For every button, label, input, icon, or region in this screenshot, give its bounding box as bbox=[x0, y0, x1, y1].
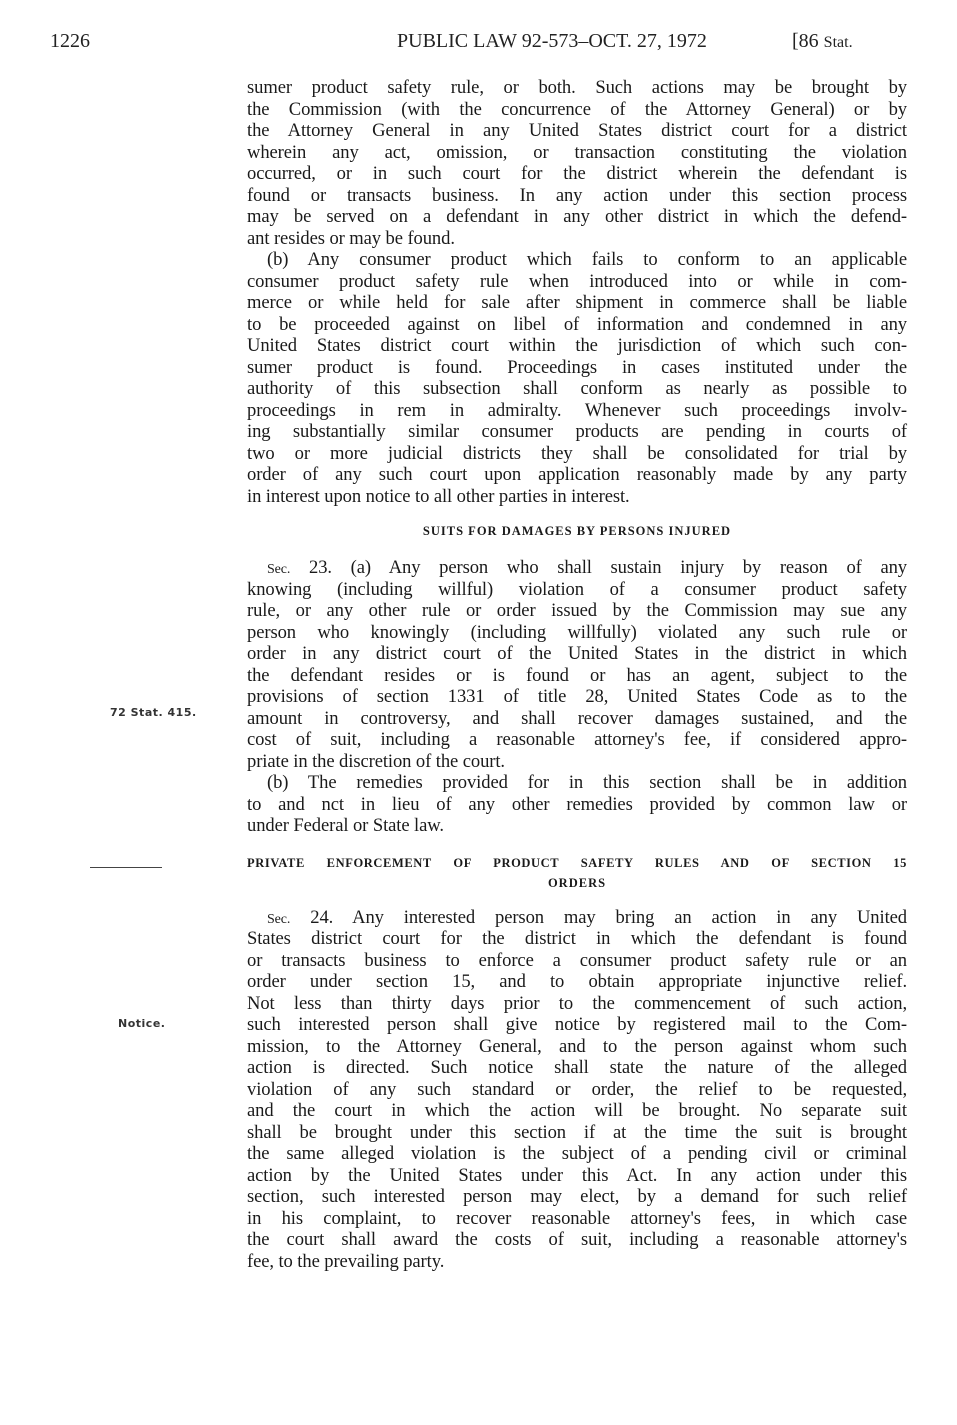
statute-volume: [86 bbox=[792, 30, 824, 52]
text-line: in his complaint, to recover reasonable … bbox=[247, 1208, 907, 1230]
text-line: the defendant resides or is found or has… bbox=[247, 665, 907, 687]
text-line: action by the United States under this A… bbox=[247, 1165, 907, 1187]
text-line: sumer product is found. Proceedings in c… bbox=[247, 357, 907, 379]
text-line: ing substantially similar consumer produ… bbox=[247, 421, 907, 443]
text-line: violation of any such standard or order,… bbox=[247, 1079, 907, 1101]
text-line: found or transacts business. In any acti… bbox=[247, 185, 907, 207]
margin-note-notice: Notice. bbox=[118, 1017, 165, 1030]
text-line: shall be brought under this section if a… bbox=[247, 1122, 907, 1144]
text-line: States district court for the district i… bbox=[247, 928, 907, 950]
text-span: 24. Any interested person may bring an a… bbox=[290, 907, 907, 928]
margin-divider bbox=[90, 867, 162, 868]
body-text: sumer product safety rule, or both. Such… bbox=[247, 77, 907, 1272]
text-line: cost of suit, including a reasonable att… bbox=[247, 729, 907, 751]
text-line: occurred, or in such court for the distr… bbox=[247, 163, 907, 185]
text-line: may be served on a defendant in any othe… bbox=[247, 206, 907, 228]
text-line: (b) The remedies provided for in this se… bbox=[247, 772, 907, 794]
text-line: or transacts business to enforce a consu… bbox=[247, 950, 907, 972]
sec-label: Sec. bbox=[267, 912, 290, 927]
text-line: the same alleged violation is the subjec… bbox=[247, 1143, 907, 1165]
text-line: action is directed. Such notice shall st… bbox=[247, 1057, 907, 1079]
text-line: the Commission (with the concurrence of … bbox=[247, 99, 907, 121]
subsection-b-paragraph: (b) Any consumer product which fails to … bbox=[247, 249, 907, 507]
sec-24-paragraph: Sec. 24. Any interested person may bring… bbox=[247, 907, 907, 1273]
text-line: Not less than thirty days prior to the c… bbox=[247, 993, 907, 1015]
text-line: wherein any act, omission, or transactio… bbox=[247, 142, 907, 164]
text-line: the court shall award the costs of suit,… bbox=[247, 1229, 907, 1251]
text-line: to and nct in lieu of any other remedies… bbox=[247, 794, 907, 816]
page-number: 1226 bbox=[50, 30, 90, 53]
margin-note-stat-reference: 72 Stat. 415. bbox=[110, 706, 197, 719]
text-line: in interest upon notice to all other par… bbox=[247, 486, 907, 508]
text-line: authority of this subsection shall confo… bbox=[247, 378, 907, 400]
text-line: order of any such court upon application… bbox=[247, 464, 907, 486]
text-line: such interested person shall give notice… bbox=[247, 1014, 907, 1036]
running-head: 1226 PUBLIC LAW 92-573–OCT. 27, 1972 [86… bbox=[0, 28, 957, 58]
text-line: proceedings in rem in admiralty. Wheneve… bbox=[247, 400, 907, 422]
text-line: under Federal or State law. bbox=[247, 815, 907, 837]
text-line: mission, to the Attorney General, and to… bbox=[247, 1036, 907, 1058]
heading-line: PRIVATE ENFORCEMENT OF PRODUCT SAFETY RU… bbox=[247, 853, 907, 873]
statute-label: Stat. bbox=[824, 34, 853, 51]
text-line: order under section 15, and to obtain ap… bbox=[247, 971, 907, 993]
section-heading-suits: SUITS FOR DAMAGES BY PERSONS INJURED bbox=[247, 521, 907, 541]
statute-reference: [86 Stat. bbox=[792, 30, 853, 53]
text-span: 23. (a) Any person who shall sustain inj… bbox=[290, 557, 907, 578]
sec-label: Sec. bbox=[267, 562, 290, 577]
text-line: the Attorney General in any United State… bbox=[247, 120, 907, 142]
text-line: and the court in which the action will b… bbox=[247, 1100, 907, 1122]
text-line: amount in controversy, and shall recover… bbox=[247, 708, 907, 730]
page-title: PUBLIC LAW 92-573–OCT. 27, 1972 bbox=[397, 30, 707, 53]
text-line: ant resides or may be found. bbox=[247, 228, 907, 250]
text-line: rule, or any other rule or order issued … bbox=[247, 600, 907, 622]
text-line: Sec. 24. Any interested person may bring… bbox=[247, 907, 907, 929]
text-line: sumer product safety rule, or both. Such… bbox=[247, 77, 907, 99]
text-line: consumer product safety rule when introd… bbox=[247, 271, 907, 293]
text-line: order in any district court of the Unite… bbox=[247, 643, 907, 665]
text-line: priate in the discretion of the court. bbox=[247, 751, 907, 773]
text-line: Sec. 23. (a) Any person who shall sustai… bbox=[247, 557, 907, 579]
text-line: knowing (including willful) violation of… bbox=[247, 579, 907, 601]
sec-23-paragraph: Sec. 23. (a) Any person who shall sustai… bbox=[247, 557, 907, 837]
text-line: provisions of section 1331 of title 28, … bbox=[247, 686, 907, 708]
continuation-paragraph: sumer product safety rule, or both. Such… bbox=[247, 77, 907, 249]
text-line: two or more judicial districts they shal… bbox=[247, 443, 907, 465]
text-line: person who knowingly (including willfull… bbox=[247, 622, 907, 644]
text-line: United States district court within the … bbox=[247, 335, 907, 357]
heading-line: ORDERS bbox=[247, 873, 907, 893]
section-heading-private: PRIVATE ENFORCEMENT OF PRODUCT SAFETY RU… bbox=[247, 853, 907, 893]
text-line: (b) Any consumer product which fails to … bbox=[247, 249, 907, 271]
text-line: fee, to the prevailing party. bbox=[247, 1251, 907, 1273]
text-line: to be proceeded against on libel of info… bbox=[247, 314, 907, 336]
text-line: section, such interested person may elec… bbox=[247, 1186, 907, 1208]
text-line: merce or while held for sale after shipm… bbox=[247, 292, 907, 314]
